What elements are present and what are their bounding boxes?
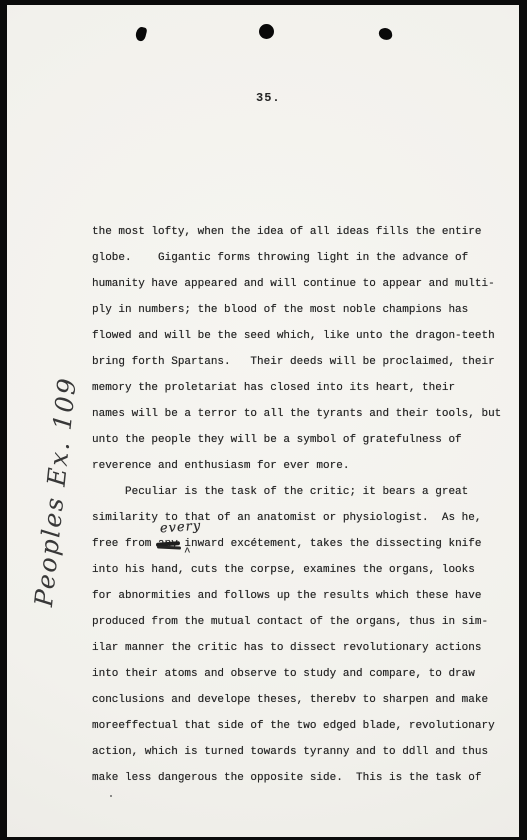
text-line: unto the people they will be a symbol of… — [92, 427, 512, 453]
text-line: ilar manner the critic has to dissect re… — [92, 635, 512, 661]
text-line: Peculiar is the task of the critic; it b… — [92, 479, 512, 505]
text-line: flowed and will be the seed which, like … — [92, 323, 512, 349]
text-line: names will be a terror to all the tyrant… — [92, 401, 512, 427]
text-line: into his hand, cuts the corpse, examines… — [92, 557, 512, 583]
text-line: action, which is turned towards tyranny … — [92, 739, 512, 765]
text-line: make less dangerous the opposite side. T… — [92, 765, 512, 791]
page-number: 35. — [256, 91, 281, 105]
exhibit-stamp-handwriting: Peoples Ex. 109 — [29, 375, 82, 608]
handwritten-inserted-word: every — [159, 514, 202, 543]
text-line: for abnormities and follows up the resul… — [92, 583, 512, 609]
text-line: globe. Gigantic forms throwing light in … — [92, 245, 512, 271]
binder-hole-dot-icon — [378, 27, 393, 41]
binder-hole-dot-icon — [134, 26, 147, 42]
text-segment: inward excétement, takes the dissecting … — [178, 538, 482, 550]
scanned-document-page: 35. Peoples Ex. 109 the most lofty, when… — [0, 0, 527, 840]
text-line: ply in numbers; the blood of the most no… — [92, 297, 512, 323]
typewritten-text-block: the most lofty, when the idea of all ide… — [92, 219, 512, 791]
text-line: conclusions and develope theses, therebv… — [92, 687, 512, 713]
text-line-with-correction: free from anyevery^ inward excétement, t… — [92, 531, 512, 557]
correction: anyevery^ — [158, 531, 178, 557]
text-line: into their atoms and observe to study an… — [92, 661, 512, 687]
text-line: produced from the mutual contact of the … — [92, 609, 512, 635]
text-line: similarity to that of an anatomist or ph… — [92, 505, 512, 531]
text-line: bring forth Spartans. Their deeds will b… — [92, 349, 512, 375]
text-segment: free from — [92, 538, 158, 550]
text-line: reverence and enthusiasm for ever more. — [92, 453, 512, 479]
binder-hole-dot-icon — [259, 24, 274, 39]
text-line: memory the proletariat has closed into i… — [92, 375, 512, 401]
text-line: humanity have appeared and will continue… — [92, 271, 512, 297]
text-line: moreeffectual that side of the two edged… — [92, 713, 512, 739]
paper-speck — [110, 795, 112, 797]
insertion-caret-icon: ^ — [184, 540, 191, 566]
text-line: the most lofty, when the idea of all ide… — [92, 219, 512, 245]
